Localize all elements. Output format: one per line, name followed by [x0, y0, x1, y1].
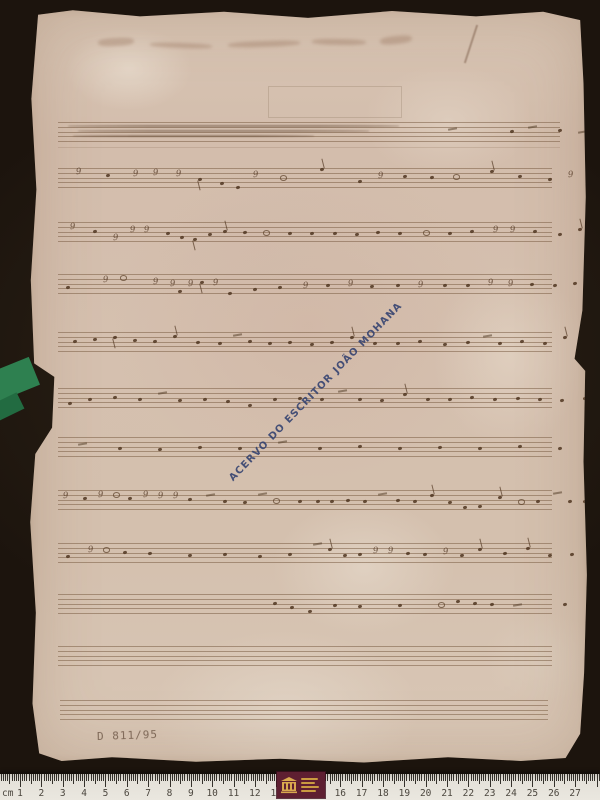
staff-line: [58, 122, 560, 123]
ruler-tick: [91, 774, 92, 781]
ruler-tick: [443, 774, 444, 781]
ruler-tick: [261, 774, 262, 781]
ruler-tick: [114, 774, 115, 781]
note-mark: [273, 602, 278, 606]
note-mark: [490, 603, 495, 607]
note-mark: 9: [170, 280, 176, 289]
note-mark: [438, 446, 443, 450]
ruler-tick: [144, 774, 145, 781]
staff-line: [58, 495, 552, 496]
note-mark: [453, 174, 460, 180]
ink-scribble: [73, 135, 314, 137]
ruler-tick: [161, 774, 162, 781]
ruler-tick: [84, 774, 85, 787]
note-mark: 9: [213, 279, 219, 288]
ruler-tick: [140, 774, 141, 781]
note-mark: [220, 182, 225, 186]
note-mark: 9: [388, 547, 394, 556]
ruler-tick: [430, 774, 431, 781]
ruler-tick: [462, 774, 463, 781]
staff-line: [58, 553, 552, 554]
ruler-tick: [537, 774, 538, 781]
ruler-tick: [543, 774, 544, 784]
ruler-tick: [274, 774, 275, 781]
ruler-tick: [541, 774, 542, 781]
ruler-tick: [31, 774, 32, 784]
manuscript-paper: 99999999999999999999999999999999 ACERVO …: [28, 8, 588, 764]
note-mark: [280, 175, 287, 181]
ruler-tick: [251, 774, 252, 781]
ruler-tick: [550, 774, 551, 781]
note-mark: [113, 336, 118, 340]
note-mark: 9: [143, 491, 149, 500]
staff-line: [58, 562, 552, 563]
ruler-tick: [590, 774, 591, 781]
staff: 99999: [58, 490, 552, 510]
note-mark: [478, 447, 483, 451]
note-mark: 9: [493, 226, 499, 235]
ruler-tick: [182, 774, 183, 781]
note-mark: [310, 232, 315, 236]
note-mark: [278, 440, 287, 443]
ruler-tick: [63, 774, 64, 787]
ruler-number: 6: [124, 788, 130, 799]
ruler-tick: [500, 774, 501, 784]
staff-line: [60, 700, 548, 701]
ruler-tick: [366, 774, 367, 781]
ruler-unit-label: cm: [2, 788, 13, 799]
note-mark: [478, 548, 483, 552]
staff-line: [58, 332, 552, 333]
ruler-tick: [569, 774, 570, 781]
note-mark: [553, 491, 562, 494]
ruler-tick: [248, 774, 249, 781]
faded-title-handwriting: [150, 42, 212, 49]
ruler-tick: [345, 774, 346, 781]
staff: [58, 122, 560, 142]
note-mark: [73, 340, 78, 344]
ruler-tick: [167, 774, 168, 781]
staff-line: [58, 274, 552, 275]
ruler-tick: [582, 774, 583, 781]
ruler-tick: [26, 774, 27, 781]
ruler-tick: [494, 774, 495, 781]
note-mark: [320, 398, 325, 402]
ruler-tick: [528, 774, 529, 781]
ruler-tick: [392, 774, 393, 781]
ruler-number: 26: [548, 788, 559, 799]
ruler-tick: [381, 774, 382, 781]
note-mark: [543, 342, 548, 346]
ruler-tick: [518, 774, 519, 781]
ruler-tick: [266, 774, 267, 784]
note-mark: 9: [130, 226, 136, 235]
ruler-tick: [195, 774, 196, 781]
ruler-tick: [426, 774, 427, 787]
ruler-tick: [95, 774, 96, 784]
ruler-tick: [150, 774, 151, 781]
staff: [58, 437, 552, 457]
note-mark: [328, 548, 333, 552]
ruler-tick: [552, 774, 553, 781]
staff-line: [58, 543, 552, 544]
ruler-tick: [242, 774, 243, 781]
ruler-tick: [165, 774, 166, 781]
note-mark: [313, 542, 322, 545]
ruler-tick: [9, 774, 10, 784]
ruler-tick: [389, 774, 390, 781]
ruler-tick: [360, 774, 361, 781]
faded-title-handwriting: [380, 34, 413, 45]
note-mark: [396, 342, 401, 346]
ruler-tick: [97, 774, 98, 781]
ruler-tick: [231, 774, 232, 781]
ruler-tick: [473, 774, 474, 781]
faded-title-handwriting: [228, 40, 300, 49]
staff-line: [58, 594, 552, 595]
note-mark: [346, 499, 351, 503]
ruler-tick: [364, 774, 365, 781]
note-stem: [564, 327, 567, 337]
ruler-tick: [428, 774, 429, 781]
staff-line: [58, 613, 552, 614]
note-mark: [466, 341, 471, 345]
note-mark: 9: [158, 492, 164, 501]
ruler-tick: [453, 774, 454, 781]
note-mark: [553, 284, 558, 288]
ruler-tick: [415, 774, 416, 784]
ruler-number: 18: [377, 788, 388, 799]
note-mark: 9: [173, 492, 179, 501]
ruler-tick: [176, 774, 177, 781]
ruler-tick: [413, 774, 414, 781]
ruler-tick: [539, 774, 540, 781]
ruler-tick: [460, 774, 461, 781]
note-mark: [120, 275, 127, 281]
ruler-tick: [159, 774, 160, 784]
staff-line: [60, 710, 548, 711]
staff-line: [58, 293, 552, 294]
note-mark: 9: [176, 170, 182, 179]
ruler-tick: [123, 774, 124, 781]
ruler-tick: [170, 774, 171, 787]
ruler-tick: [439, 774, 440, 781]
ruler-tick: [221, 774, 222, 781]
note-mark: [398, 447, 403, 451]
ruler-tick: [368, 774, 369, 781]
note-mark: [268, 342, 273, 346]
ruler-tick: [535, 774, 536, 781]
note-stem: [174, 326, 177, 336]
ruler-tick: [82, 774, 83, 781]
note-mark: [113, 492, 120, 498]
ruler-tick: [18, 774, 19, 781]
staff-line: [58, 182, 552, 183]
note-mark: [470, 230, 475, 234]
note-mark: [538, 398, 543, 402]
note-stem: [321, 159, 324, 169]
note-mark: [173, 335, 178, 339]
ruler-tick: [327, 774, 328, 781]
ruler-tick: [409, 774, 410, 781]
note-mark: [376, 231, 381, 235]
note-mark: [533, 230, 538, 234]
catalog-number-pencil: D 811/95: [97, 728, 158, 743]
ruler-tick: [370, 774, 371, 781]
ruler-tick: [490, 774, 491, 787]
note-mark: [518, 499, 525, 505]
note-mark: [558, 447, 563, 451]
ruler-tick: [56, 774, 57, 781]
ruler-tick: [86, 774, 87, 781]
ruler-tick: [3, 774, 4, 781]
ruler-tick: [503, 774, 504, 781]
note-mark: [560, 399, 565, 403]
note-mark: 9: [133, 170, 139, 179]
ruler-number: 7: [145, 788, 151, 799]
note-mark: [423, 230, 430, 236]
note-mark: 9: [303, 282, 309, 291]
staff: [58, 332, 552, 352]
staff-line: [58, 608, 552, 609]
staff-line: [58, 279, 552, 280]
staff-extra-line: [58, 147, 560, 148]
note-mark: [148, 552, 153, 556]
ruler-number: 20: [420, 788, 431, 799]
ruler-tick: [127, 774, 128, 787]
ruler-tick: [338, 774, 339, 781]
ruler-tick: [400, 774, 401, 781]
note-mark: [363, 500, 368, 504]
staff-line: [58, 646, 552, 647]
ruler-number: 3: [60, 788, 66, 799]
note-mark: [403, 393, 408, 397]
ruler-tick: [532, 774, 533, 787]
ruler-tick: [511, 774, 512, 787]
ruler-tick: [58, 774, 59, 781]
note-mark: [423, 553, 428, 557]
staff-line: [58, 178, 552, 179]
archive-logo: [277, 772, 325, 798]
ruler-tick: [547, 774, 548, 781]
ruler-tick: [229, 774, 230, 781]
ruler-tick: [238, 774, 239, 781]
ruler-number: 24: [505, 788, 516, 799]
ruler-tick: [270, 774, 271, 781]
ruler-number: 2: [39, 788, 45, 799]
ruler-tick: [558, 774, 559, 781]
ruler-tick: [560, 774, 561, 781]
ruler-tick: [451, 774, 452, 781]
ruler-tick: [575, 774, 576, 787]
ruler-tick: [16, 774, 17, 781]
ruler-tick: [259, 774, 260, 781]
ruler-tick: [93, 774, 94, 781]
ruler-tick: [1, 774, 2, 781]
note-mark: [558, 233, 563, 237]
ruler-tick: [441, 774, 442, 781]
ruler-tick: [530, 774, 531, 781]
ruler-tick: [257, 774, 258, 781]
ruler-tick: [362, 774, 363, 787]
note-mark: [430, 494, 435, 498]
staff-line: [60, 705, 548, 706]
staff-line: [60, 714, 548, 715]
ruler-tick: [545, 774, 546, 781]
ruler-tick: [597, 774, 598, 787]
note-mark: 9: [443, 548, 449, 557]
ruler-tick: [35, 774, 36, 781]
note-mark: [583, 340, 588, 344]
note-mark: [448, 127, 457, 130]
staff-line: [58, 346, 552, 347]
staff: 9999999999: [58, 274, 552, 294]
ruler-tick: [88, 774, 89, 781]
ruler-number: 12: [249, 788, 260, 799]
ruler-number: 22: [463, 788, 474, 799]
ruler-number: 19: [399, 788, 410, 799]
ruler-tick: [184, 774, 185, 781]
ruler-tick: [50, 774, 51, 781]
note-stem: [499, 487, 502, 497]
ruler-tick: [112, 774, 113, 781]
ruler-tick: [562, 774, 563, 781]
note-mark: [198, 178, 203, 182]
note-mark: 9: [568, 171, 574, 180]
note-mark: [536, 500, 541, 504]
note-mark: [333, 604, 338, 608]
note-mark: [103, 547, 110, 553]
ruler-tick: [526, 774, 527, 781]
staff-line: [58, 557, 552, 558]
note-mark: 9: [113, 234, 119, 243]
ruler-tick: [404, 774, 405, 787]
note-mark: [228, 292, 233, 296]
ruler-tick: [137, 774, 138, 784]
ruler-tick: [268, 774, 269, 781]
building-icon: [280, 776, 298, 794]
note-mark: [558, 129, 563, 133]
ruler-tick: [406, 774, 407, 781]
staff-line: [58, 665, 552, 666]
ruler-tick: [372, 774, 373, 784]
ruler-tick: [586, 774, 587, 784]
ruler-tick: [116, 774, 117, 784]
ruler-tick: [336, 774, 337, 781]
ruler-tick: [227, 774, 228, 781]
staff-line: [58, 599, 552, 600]
ruler-tick: [513, 774, 514, 781]
ruler-tick: [421, 774, 422, 781]
ruler-tick: [475, 774, 476, 781]
note-mark: [498, 342, 503, 346]
ruler-tick: [5, 774, 6, 781]
ruler-number: 21: [441, 788, 452, 799]
note-mark: [68, 402, 73, 406]
ruler-tick: [99, 774, 100, 781]
ruler-tick: [187, 774, 188, 781]
note-mark: [516, 397, 521, 401]
note-mark: [493, 398, 498, 402]
ruler-tick: [483, 774, 484, 781]
ruler-tick: [142, 774, 143, 781]
ruler-tick: [78, 774, 79, 781]
ruler-tick: [131, 774, 132, 781]
note-stem: [491, 161, 494, 171]
note-mark: [473, 602, 478, 606]
ruler-tick: [594, 774, 595, 781]
ruler-number: 16: [335, 788, 346, 799]
staff: [58, 594, 552, 614]
note-mark: [526, 547, 531, 551]
staff: [60, 700, 548, 720]
ruler-tick: [554, 774, 555, 787]
ruler-number: 8: [167, 788, 173, 799]
note-mark: [426, 398, 431, 402]
ruler-tick: [571, 774, 572, 781]
note-mark: [358, 398, 363, 402]
ink-scribble: [78, 130, 369, 132]
ruler-tick: [191, 774, 192, 787]
ruler-tick: [54, 774, 55, 781]
ruler-tick: [236, 774, 237, 781]
note-mark: [478, 505, 483, 509]
staff-line: [58, 241, 552, 242]
staff-line: [58, 509, 552, 510]
ruler-tick: [456, 774, 457, 781]
ruler-tick: [263, 774, 264, 781]
ruler-tick: [210, 774, 211, 781]
note-mark: 9: [63, 492, 69, 501]
ruler-tick: [505, 774, 506, 781]
note-mark: [236, 186, 241, 190]
staff: 9999999: [58, 168, 552, 188]
ruler-tick: [417, 774, 418, 781]
note-mark: 9: [76, 168, 82, 177]
ruler-tick: [498, 774, 499, 781]
note-mark: 9: [88, 546, 94, 555]
ruler-tick: [599, 774, 600, 781]
ruler-tick: [44, 774, 45, 781]
staff-line: [58, 656, 552, 657]
note-mark: [358, 553, 363, 557]
ruler-tick: [73, 774, 74, 784]
ruler-tick: [466, 774, 467, 781]
ruler-number: 4: [81, 788, 87, 799]
staff-line: [58, 604, 552, 605]
ruler-tick: [573, 774, 574, 781]
ruler-tick: [178, 774, 179, 781]
ruler-tick: [471, 774, 472, 781]
note-mark: 9: [378, 172, 384, 181]
note-mark: [448, 398, 453, 402]
ruler-tick: [357, 774, 358, 781]
ruler-tick: [325, 774, 326, 781]
note-mark: [243, 231, 248, 235]
note-mark: [123, 551, 128, 555]
ruler-tick: [240, 774, 241, 781]
ruler-tick: [353, 774, 354, 781]
ruler-tick: [479, 774, 480, 784]
ruler-tick: [202, 774, 203, 784]
ruler-tick: [424, 774, 425, 781]
ruler-tick: [180, 774, 181, 784]
note-mark: [318, 447, 323, 451]
note-mark: [530, 283, 535, 287]
ruler-number: 25: [527, 788, 538, 799]
ruler-tick: [20, 774, 21, 787]
ruler-tick: [155, 774, 156, 781]
